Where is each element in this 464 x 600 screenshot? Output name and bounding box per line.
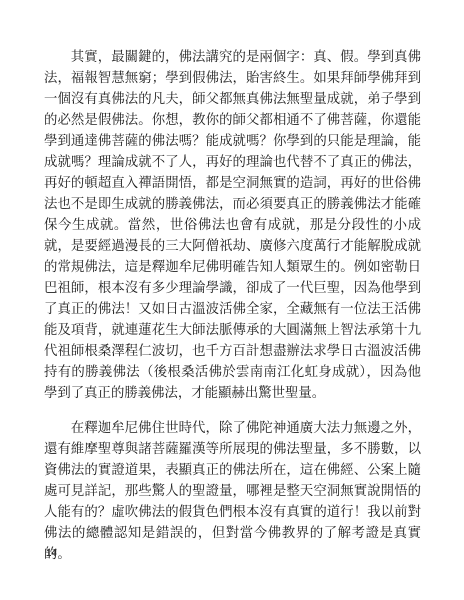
paragraph-2: 在釋迦牟尼佛住世時代，除了佛陀神通廣大法力無邊之外，還有維摩聖尊與諸菩薩羅漢等所… — [44, 417, 421, 564]
page-number: 14 — [46, 548, 57, 559]
document-page: 其實，最關鍵的，佛法講究的是兩個字：真、假。學到真佛法，福報智慧無窮；學到假佛法… — [0, 0, 464, 600]
paragraph-1: 其實，最關鍵的，佛法講究的是兩個字：真、假。學到真佛法，福報智慧無窮；學到假佛法… — [44, 46, 421, 403]
text-block: 其實，最關鍵的，佛法講究的是兩個字：真、假。學到真佛法，福報智慧無窮；學到假佛法… — [44, 46, 421, 564]
